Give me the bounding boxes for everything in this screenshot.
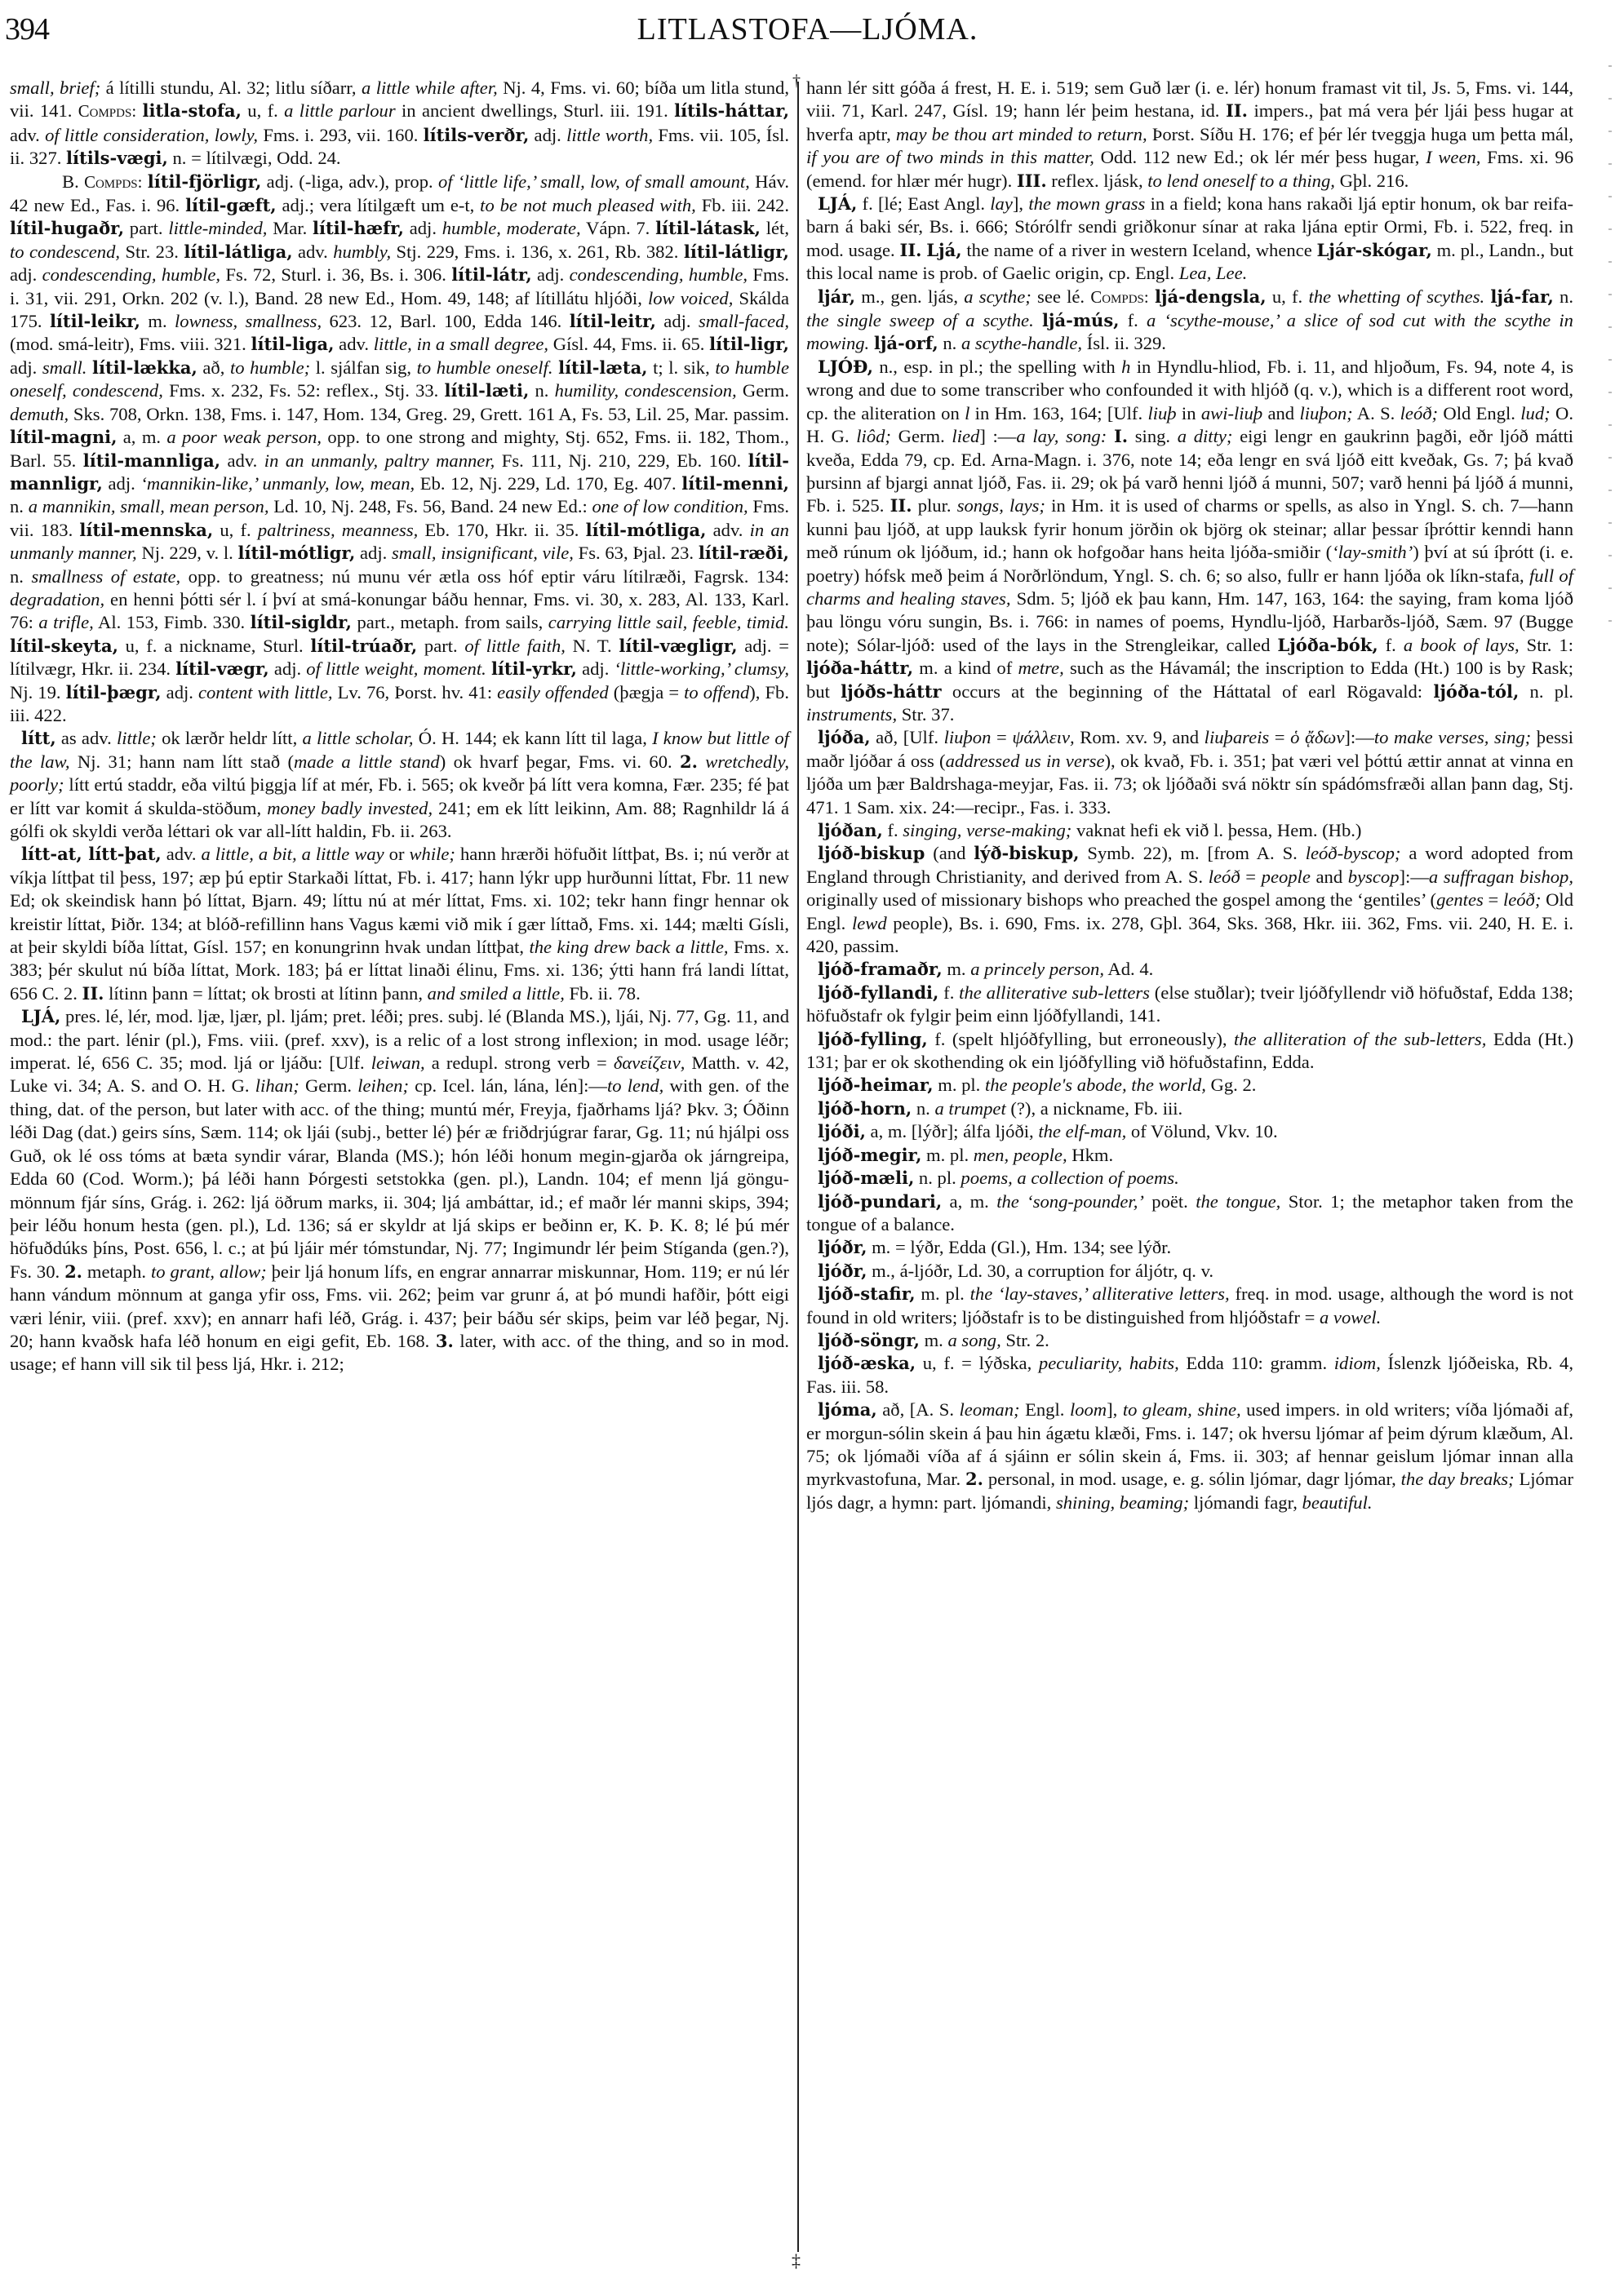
- italic-gloss: content with little,: [198, 682, 333, 703]
- entry-text: l. sjálfan sig,: [310, 357, 416, 378]
- entry-text: f.: [883, 820, 903, 840]
- italic-gloss: lowness, smallness,: [175, 311, 322, 331]
- headword: lítil-leitr,: [570, 311, 656, 331]
- dictionary-entry-paragraph: ljóð-fyllandi, f. the alliterative sub-l…: [806, 982, 1573, 1028]
- entry-text: Odd. 112 new Ed.; ok lér mér þess hugar,: [1094, 147, 1426, 167]
- entry-text: Þorst. Síðu H. 176; ef þér lér tveggja h…: [1147, 124, 1573, 144]
- entry-text: Gg. 2.: [1206, 1075, 1257, 1095]
- italic-gloss: a little scholar,: [302, 728, 413, 748]
- headword: lítil-mótligr,: [238, 543, 356, 563]
- entry-text: ) ok hvarf þegar, Fms. vi. 60.: [440, 751, 680, 772]
- dictionary-entry-paragraph: hann lér sitt góða á frest, H. E. i. 519…: [806, 77, 1573, 193]
- italic-gloss: small, insignificant, vile,: [392, 543, 574, 563]
- dictionary-entry-paragraph: ljóð-fylling, f. (spelt hljóðfylling, bu…: [806, 1028, 1573, 1075]
- italic-gloss: leihen;: [357, 1075, 409, 1096]
- italic-gloss: to make verses, sing;: [1374, 727, 1531, 747]
- italic-gloss: to humble;: [230, 357, 310, 378]
- italic-gloss: metre,: [1018, 658, 1063, 678]
- headword: 2.: [64, 1261, 82, 1282]
- headword: II.: [900, 240, 922, 260]
- italic-gloss: smallness of estate,: [31, 566, 180, 587]
- entry-text: Ld. 10, Nj. 248, Fs. 56, Band. 24 new Ed…: [269, 496, 592, 516]
- entry-text: adj. (-liga, adv.), prop.: [261, 171, 438, 192]
- headword: lítil-vægligr,: [619, 636, 737, 656]
- entry-text: Al. 153, Fimb. 330.: [94, 612, 251, 632]
- entry-text: =: [1269, 727, 1290, 747]
- headword: lítil-lækka,: [92, 357, 197, 378]
- dictionary-entry-paragraph: ljóðr, m. = lýðr, Edda (Gl.), Hm. 134; s…: [806, 1236, 1573, 1259]
- italic-gloss: the king drew back a little,: [529, 937, 728, 957]
- italic-gloss: shining, beaming;: [1056, 1492, 1189, 1513]
- dictionary-entry-paragraph: ljóðr, m., á-ljóðr, Ld. 30, a corruption…: [806, 1260, 1573, 1283]
- headword: ljóð-pundari,: [818, 1191, 942, 1212]
- italic-gloss: instruments,: [806, 704, 897, 725]
- dictionary-entry-paragraph: ljóða, að, [Ulf. liuþon = ψάλλειν, Rom. …: [806, 726, 1573, 819]
- headword: III.: [1017, 171, 1047, 191]
- entry-text: B.: [62, 171, 84, 192]
- entry-text: adv.: [220, 450, 264, 471]
- entry-text: poët.: [1144, 1191, 1196, 1212]
- headword: lítil-látligr,: [684, 242, 789, 262]
- italic-gloss: small, brief;: [10, 78, 100, 98]
- entry-text: lítinn þann = líttat; ok brosti at lítin…: [104, 983, 427, 1004]
- headword: ljá-mús,: [1042, 310, 1120, 330]
- entry-text: and: [1311, 867, 1348, 887]
- italic-gloss: little;: [117, 728, 157, 748]
- entry-text: Str. 2.: [1001, 1330, 1049, 1350]
- entry-text: m., gen. ljás,: [855, 286, 964, 307]
- italic-gloss: addressed us in verse: [946, 751, 1105, 771]
- headword: lítil-mannliga,: [83, 450, 220, 471]
- italic-gloss: a little, a bit, a little way: [202, 844, 384, 864]
- headword: II.: [1226, 100, 1248, 121]
- dictionary-entry-paragraph: lítt-at, lítt-þat, adv. a little, a bit,…: [10, 843, 789, 1005]
- italic-gloss: leóð;: [1400, 403, 1438, 423]
- italic-gloss: may be thou art minded to return,: [896, 124, 1147, 144]
- entry-text: Rom. xv. 9, and: [1075, 727, 1205, 747]
- entry-text: [698, 751, 705, 772]
- headword: ljóða-tól,: [1433, 681, 1519, 702]
- italic-gloss: ὁ ᾄδων: [1290, 727, 1344, 747]
- italic-gloss: a trifle,: [38, 612, 93, 632]
- entry-text: n.: [10, 566, 31, 587]
- entry-text: adv.: [10, 125, 45, 145]
- headword: 2.: [965, 1469, 983, 1489]
- headword: ljóð-stafir,: [818, 1283, 916, 1304]
- headword: lítil-gæft,: [185, 195, 277, 215]
- headword: Ljá,: [926, 240, 961, 260]
- italic-gloss: a princely person,: [970, 959, 1104, 979]
- entry-text: ok lærðr heldr lítt,: [157, 728, 303, 748]
- entry-text: adj.: [656, 311, 699, 331]
- entry-text: Fs. 63, Þjal. 23.: [574, 543, 699, 563]
- dictionary-entry-paragraph: ljóð-söngr, m. a song, Str. 2.: [806, 1329, 1573, 1352]
- italic-gloss: a trumpet: [934, 1098, 1005, 1119]
- italic-gloss: the alliterative sub-letters: [959, 982, 1150, 1003]
- entry-text: adj.: [355, 543, 392, 563]
- entry-text: ],: [1107, 1399, 1123, 1420]
- italic-gloss: a little while after,: [362, 78, 498, 98]
- entry-text: a, m. [lýðr]; álfa ljóði,: [866, 1121, 1038, 1141]
- dictionary-entry-paragraph: ljóð-æska, u, f. = lýðska, peculiarity, …: [806, 1352, 1573, 1398]
- entry-text: f.: [1378, 635, 1404, 655]
- entry-text: Gþl. 216.: [1335, 171, 1409, 191]
- entry-text: Edda 110: gramm.: [1179, 1353, 1334, 1373]
- entry-text: adj.: [10, 264, 42, 285]
- headword: lítil-hæfr,: [313, 218, 404, 238]
- entry-text: m.: [920, 1330, 948, 1350]
- headword: lítt-at, lítt-þat,: [21, 844, 162, 864]
- headword: ljóð-biskup: [818, 843, 925, 863]
- headword: lítils-háttar,: [674, 100, 789, 121]
- entry-text: u, f. a nickname, Sturl.: [118, 636, 310, 656]
- italic-gloss: to condescend,: [10, 242, 120, 262]
- entry-text: adv.: [334, 334, 373, 354]
- headword: ljóða,: [818, 727, 871, 747]
- entry-text: m. a kind of: [913, 658, 1018, 678]
- entry-text: part.: [124, 218, 168, 238]
- italic-gloss: peculiarity, habits,: [1039, 1353, 1179, 1373]
- entry-text: N. T.: [566, 636, 619, 656]
- headword: lítil-trúaðr,: [310, 636, 417, 656]
- italic-gloss: one of low condition,: [592, 496, 748, 516]
- headword: lítil-ligr,: [709, 334, 789, 354]
- headword: lítil-fjörligr,: [148, 171, 262, 192]
- entry-text: Ó. H. 144; ek kann lítt til laga,: [414, 728, 653, 748]
- right-column: hann lér sitt góða á frest, H. E. i. 519…: [806, 77, 1573, 1514]
- italic-gloss: awi-liuþ: [1201, 403, 1262, 423]
- entry-text: =: [1240, 867, 1262, 887]
- entry-text: adj.: [577, 658, 614, 679]
- italic-gloss: singing, verse-making;: [903, 820, 1071, 840]
- headword: lítil-menni,: [681, 473, 789, 494]
- headword: ljá-orf,: [874, 333, 938, 353]
- entry-text: of Völund, Vkv. 10.: [1126, 1121, 1277, 1141]
- dictionary-entry-paragraph: ljóð-pundari, a, m. the ‘song-pounder,’ …: [806, 1190, 1573, 1237]
- entry-text: að, [Ulf.: [871, 727, 944, 747]
- italic-gloss: little-minded,: [168, 218, 267, 238]
- entry-text: Hkm.: [1067, 1145, 1113, 1165]
- italic-gloss: I ween,: [1426, 147, 1480, 167]
- entry-text: n. pl.: [914, 1168, 961, 1188]
- entry-text: t; l. sik,: [648, 357, 716, 378]
- headword: ljóðs-háttr: [841, 681, 941, 702]
- entry-text: Nj. 31; hann nam lítt stað (: [70, 751, 294, 772]
- headword: lítil-leikr,: [50, 311, 140, 331]
- entry-text: m. pl.: [934, 1075, 985, 1095]
- entry-text: in Hm. 163, 164; [Ulf.: [969, 403, 1147, 423]
- headword: 3.: [436, 1331, 454, 1351]
- entry-text: u, f. = lýðska,: [916, 1353, 1039, 1373]
- italic-gloss: to offend: [684, 682, 749, 703]
- italic-gloss: while;: [409, 844, 455, 864]
- entry-text: (and: [925, 843, 974, 863]
- entry-text: =: [1484, 889, 1503, 910]
- italic-gloss: to be not much pleased with,: [480, 195, 696, 215]
- dictionary-entry-paragraph: ljóð-mæli, n. pl. poems, a collection of…: [806, 1167, 1573, 1190]
- entry-text: Gísl. 44, Fms. ii. 65.: [548, 334, 709, 354]
- entry-text: Fb. ii. 78.: [565, 983, 641, 1004]
- italic-gloss: made a little stand: [294, 751, 440, 772]
- italic-gloss: leóð;: [1503, 889, 1541, 910]
- entry-text: or: [384, 844, 410, 864]
- italic-gloss: ‘mannikin-like,’ unmanly, low, mean,: [140, 473, 415, 494]
- small-caps-label: Compds:: [78, 102, 136, 121]
- dictionary-entry-paragraph: LJÁ, f. [lé; East Angl. lay], the mown g…: [806, 193, 1573, 286]
- italic-gloss: idiom,: [1334, 1353, 1381, 1373]
- dictionary-entry-paragraph: ljóð-stafir, m. pl. the ‘lay-staves,’ al…: [806, 1283, 1573, 1329]
- italic-gloss: gentes: [1436, 889, 1484, 910]
- entry-text: Str. 23.: [120, 242, 184, 262]
- entry-text: á lítilli stundu, Al. 32; litlu síðarr,: [100, 78, 362, 98]
- italic-gloss: the ‘song-pounder,’: [996, 1191, 1144, 1212]
- italic-gloss: the ‘lay-staves,’ alliterative letters,: [970, 1283, 1230, 1304]
- headword: lítil-ræði,: [699, 543, 789, 563]
- entry-text: vaknat hefi ek við l. þessa, Hem. (Hb.): [1071, 820, 1361, 840]
- entry-text: n.: [10, 496, 29, 516]
- entry-text: Ad. 4.: [1104, 959, 1153, 979]
- entry-text: n.: [912, 1098, 934, 1119]
- italic-gloss: a little parlour: [284, 100, 396, 121]
- dictionary-entry-paragraph: LJÁ, pres. lé, lér, mod. ljæ, ljær, pl. …: [10, 1005, 789, 1376]
- headword: ljá-dengsla,: [1155, 286, 1267, 307]
- headword: lýð-biskup,: [974, 843, 1079, 863]
- headword: lítil-magni,: [10, 427, 117, 447]
- headword: ljóð-söngr,: [818, 1330, 920, 1350]
- entry-text: m. pl.: [916, 1283, 970, 1304]
- dictionary-entry-paragraph: lítt, as adv. little; ok lærðr heldr lít…: [10, 727, 789, 843]
- italic-gloss: little, in a small degree,: [374, 334, 548, 354]
- entry-text: adj.; vera lítilgæft um e-t,: [277, 195, 481, 215]
- dictionary-entry-paragraph: small, brief; á lítilli stundu, Al. 32; …: [10, 77, 789, 171]
- italic-gloss: poems, a collection of poems.: [961, 1168, 1178, 1188]
- italic-gloss: people: [1262, 867, 1311, 887]
- headword: ljóð-megir,: [818, 1145, 921, 1165]
- italic-gloss: low voiced,: [648, 288, 733, 308]
- entry-text: Germ.: [299, 1075, 358, 1096]
- italic-gloss: a lay, song:: [1016, 426, 1107, 446]
- headword: lítil-látask,: [655, 218, 761, 238]
- entry-text: n. = lítilvægi, Odd. 24.: [168, 148, 341, 168]
- entry-text: reflex. ljásk,: [1047, 171, 1148, 191]
- entry-text: að,: [197, 357, 230, 378]
- divider-bottom-ornament-icon: ‡: [792, 2250, 801, 2272]
- dictionary-entry-paragraph: ljóði, a, m. [lýðr]; álfa ljóði, the elf…: [806, 1120, 1573, 1143]
- italic-gloss: of little faith,: [464, 636, 566, 656]
- italic-gloss: small-faced,: [699, 311, 789, 331]
- entry-text: 623. 12, Barl. 100, Edda 146.: [322, 311, 570, 331]
- italic-gloss: degradation,: [10, 589, 104, 609]
- italic-gloss: leiwan,: [371, 1053, 425, 1073]
- entry-text: cp. Icel. lán, lána, lén]:—: [409, 1075, 607, 1096]
- entry-text: f.: [938, 982, 959, 1003]
- entry-text: Ísl. ii. 329.: [1082, 333, 1166, 353]
- italic-gloss: a vowel.: [1320, 1307, 1381, 1328]
- italic-gloss: a scythe-handle,: [961, 333, 1082, 353]
- entry-text: f.: [1119, 310, 1147, 330]
- italic-gloss: liuþareis: [1205, 727, 1270, 747]
- column-divider-rule: [797, 82, 799, 2252]
- italic-gloss: money badly invested,: [267, 798, 433, 818]
- headword: LJÓÐ,: [818, 357, 873, 377]
- italic-gloss: lay: [990, 193, 1013, 214]
- entry-text: [1034, 310, 1042, 330]
- italic-gloss: the alliteration of the sub-letters,: [1234, 1029, 1486, 1049]
- italic-gloss: little worth,: [566, 125, 653, 145]
- italic-gloss: the mown grass: [1028, 193, 1145, 214]
- entry-text: u, f.: [1267, 286, 1309, 307]
- italic-gloss: humbly,: [333, 242, 391, 262]
- entry-text: metaph.: [82, 1261, 151, 1282]
- italic-gloss: leóð: [1209, 867, 1240, 887]
- italic-gloss: a song,: [947, 1330, 1001, 1350]
- entry-text: Stj. 229, Fms. i. 136, x. 261, Rb. 382.: [391, 242, 684, 262]
- entry-text: Fs. 72, Sturl. i. 36, Bs. i. 306.: [220, 264, 451, 285]
- headword: II.: [82, 983, 104, 1004]
- italic-gloss: and smiled a little,: [428, 983, 565, 1004]
- headword: ljóð-horn,: [818, 1098, 912, 1119]
- headword: ljár,: [818, 286, 855, 307]
- small-caps-label: Compds:: [84, 173, 142, 192]
- italic-gloss: δανείζειν,: [614, 1053, 685, 1073]
- headword: lítil-skeyta,: [10, 636, 118, 656]
- italic-gloss: the people's abode, the world,: [985, 1075, 1206, 1095]
- headword: ljóðr,: [818, 1237, 867, 1257]
- italic-gloss: ‘lay-smith’: [1332, 542, 1413, 562]
- entry-text: a, m.: [942, 1191, 996, 1212]
- page-header: 394 LITLASTOFA—LJÓMA.: [0, 0, 1615, 65]
- italic-gloss: if you are of two minds in this matter,: [806, 147, 1094, 167]
- entry-text: with gen. of the thing, dat. of the pers…: [10, 1075, 789, 1281]
- dictionary-entry-paragraph: ljóma, að, [A. S. leoman; Engl. loom], t…: [806, 1398, 1573, 1514]
- headword: ljá-far,: [1490, 286, 1553, 307]
- entry-text: u, f.: [213, 520, 258, 540]
- headword: ljóð-heimar,: [818, 1075, 934, 1095]
- entry-text: n.: [938, 333, 961, 353]
- entry-text: a redupl. strong verb =: [425, 1053, 614, 1073]
- italic-gloss: loom: [1070, 1399, 1107, 1420]
- italic-gloss: men, people,: [974, 1145, 1067, 1165]
- entry-text: and: [1262, 403, 1299, 423]
- italic-gloss: easily offended: [497, 682, 609, 703]
- dictionary-entry-paragraph: ljóðan, f. singing, verse-making; vaknat…: [806, 819, 1573, 842]
- italic-gloss: condescending, humble,: [42, 264, 220, 285]
- entry-text: adj.: [103, 473, 141, 494]
- headword: lítil-látliga,: [184, 242, 292, 262]
- entry-text: (?), a nickname, Fb. iii.: [1006, 1098, 1182, 1119]
- headword: LJÁ,: [818, 193, 857, 214]
- entry-text: sing.: [1128, 426, 1178, 446]
- italic-gloss: condescending, humble,: [570, 264, 748, 285]
- italic-gloss: the whetting of scythes.: [1308, 286, 1484, 307]
- headword: Ljóða-bók,: [1277, 635, 1378, 655]
- entry-text: lét,: [761, 218, 789, 238]
- italic-gloss: Lea, Lee.: [1179, 263, 1247, 283]
- italic-gloss: a poor weak person,: [166, 427, 322, 447]
- entry-text: n. pl.: [1519, 681, 1573, 702]
- italic-gloss: humility, condescension,: [555, 380, 737, 401]
- italic-gloss: lied: [952, 426, 979, 446]
- entry-text: Str. 1:: [1520, 635, 1573, 655]
- italic-gloss: of little weight, moment.: [306, 658, 486, 679]
- italic-gloss: to lend,: [607, 1075, 663, 1096]
- entry-text: ],: [1013, 193, 1028, 214]
- entry-text: m., á-ljóðr, Ld. 30, a corruption for ál…: [867, 1261, 1213, 1281]
- italic-gloss: lewd: [852, 913, 887, 933]
- dictionary-entry-paragraph: ljóð-horn, n. a trumpet (?), a nickname,…: [806, 1097, 1573, 1120]
- italic-gloss: byscop: [1348, 867, 1400, 887]
- entry-text: =: [991, 727, 1012, 747]
- entry-text: Vápn. 7.: [581, 218, 655, 238]
- entry-text: Fs. 111, Nj. 210, 229, Eb. 160.: [495, 450, 748, 471]
- italic-gloss: to humble oneself.: [417, 357, 553, 378]
- headword: lítil-mótliga,: [586, 520, 707, 540]
- entry-text: Fb. iii. 242.: [696, 195, 789, 215]
- headword: ljóð-framaðr,: [818, 959, 943, 979]
- entry-text: the name of a river in western Iceland, …: [962, 240, 1317, 260]
- entry-text: adj.: [269, 658, 307, 679]
- headword: lítt,: [21, 728, 56, 748]
- italic-gloss: carrying little sail, feeble, timid.: [548, 612, 789, 632]
- entry-text: m.: [140, 311, 175, 331]
- headword: ljóð-fyllandi,: [818, 982, 938, 1003]
- italic-gloss: paltriness, meanness,: [258, 520, 418, 540]
- entry-text: adj.: [10, 357, 42, 378]
- headword: I.: [1114, 426, 1128, 446]
- headword: litla-stofa,: [142, 100, 241, 121]
- entry-text: m. pl.: [921, 1145, 973, 1165]
- entry-text: ] :—: [979, 426, 1016, 446]
- entry-text: Germ.: [737, 380, 789, 401]
- headword: ljóðr,: [818, 1261, 867, 1281]
- italic-gloss: humble, moderate,: [442, 218, 581, 238]
- left-column: small, brief; á lítilli stundu, Al. 32; …: [10, 77, 789, 1376]
- entry-text: m. = lýðr, Edda (Gl.), Hm. 134; see lýðr…: [867, 1237, 1171, 1257]
- headword: lítil-læti,: [445, 380, 530, 401]
- headword: LJÁ,: [21, 1006, 60, 1026]
- entry-text: occurs at the beginning of the Háttatal …: [942, 681, 1434, 702]
- entry-text: n.: [1554, 286, 1573, 307]
- headword: ljóði,: [818, 1121, 866, 1141]
- italic-gloss: to grant, allow;: [151, 1261, 267, 1282]
- running-head: LITLASTOFA—LJÓMA.: [0, 11, 1615, 47]
- entry-text: adj.: [162, 682, 198, 703]
- entry-text: Mar.: [267, 218, 313, 238]
- headword: lítil-þægr,: [66, 682, 162, 703]
- italic-gloss: the single sweep of a scythe.: [806, 310, 1034, 330]
- italic-gloss: the day breaks;: [1401, 1469, 1515, 1489]
- entry-text: Germ.: [891, 426, 952, 446]
- headword: ljóðan,: [818, 820, 883, 840]
- entry-text: Eb. 12, Nj. 229, Ld. 170, Eg. 407.: [415, 473, 681, 494]
- headword: lítil-yrkr,: [491, 658, 577, 679]
- italic-gloss: leóð-byscop;: [1306, 843, 1401, 863]
- entry-text: u, f.: [242, 100, 284, 121]
- dictionary-entry-paragraph: ljóð-heimar, m. pl. the people's abode, …: [806, 1074, 1573, 1097]
- italic-gloss: lihan;: [255, 1075, 299, 1096]
- headword: lítils-vægi,: [66, 148, 168, 168]
- entry-text: n., esp. in pl.; the spelling with: [873, 357, 1121, 377]
- headword: lítil-vægr,: [175, 658, 269, 679]
- italic-gloss: to lend oneself to a thing,: [1147, 171, 1335, 191]
- entry-text: Str. 37.: [897, 704, 954, 725]
- entry-text: personal, in mod. usage, e. g. sólin ljó…: [983, 1469, 1401, 1489]
- italic-gloss: in an unmanly, paltry manner,: [264, 450, 495, 471]
- italic-gloss: liuþon: [944, 727, 992, 747]
- entry-text: plur.: [912, 495, 957, 516]
- entry-text: [1149, 286, 1155, 307]
- italic-gloss: liôd;: [856, 426, 891, 446]
